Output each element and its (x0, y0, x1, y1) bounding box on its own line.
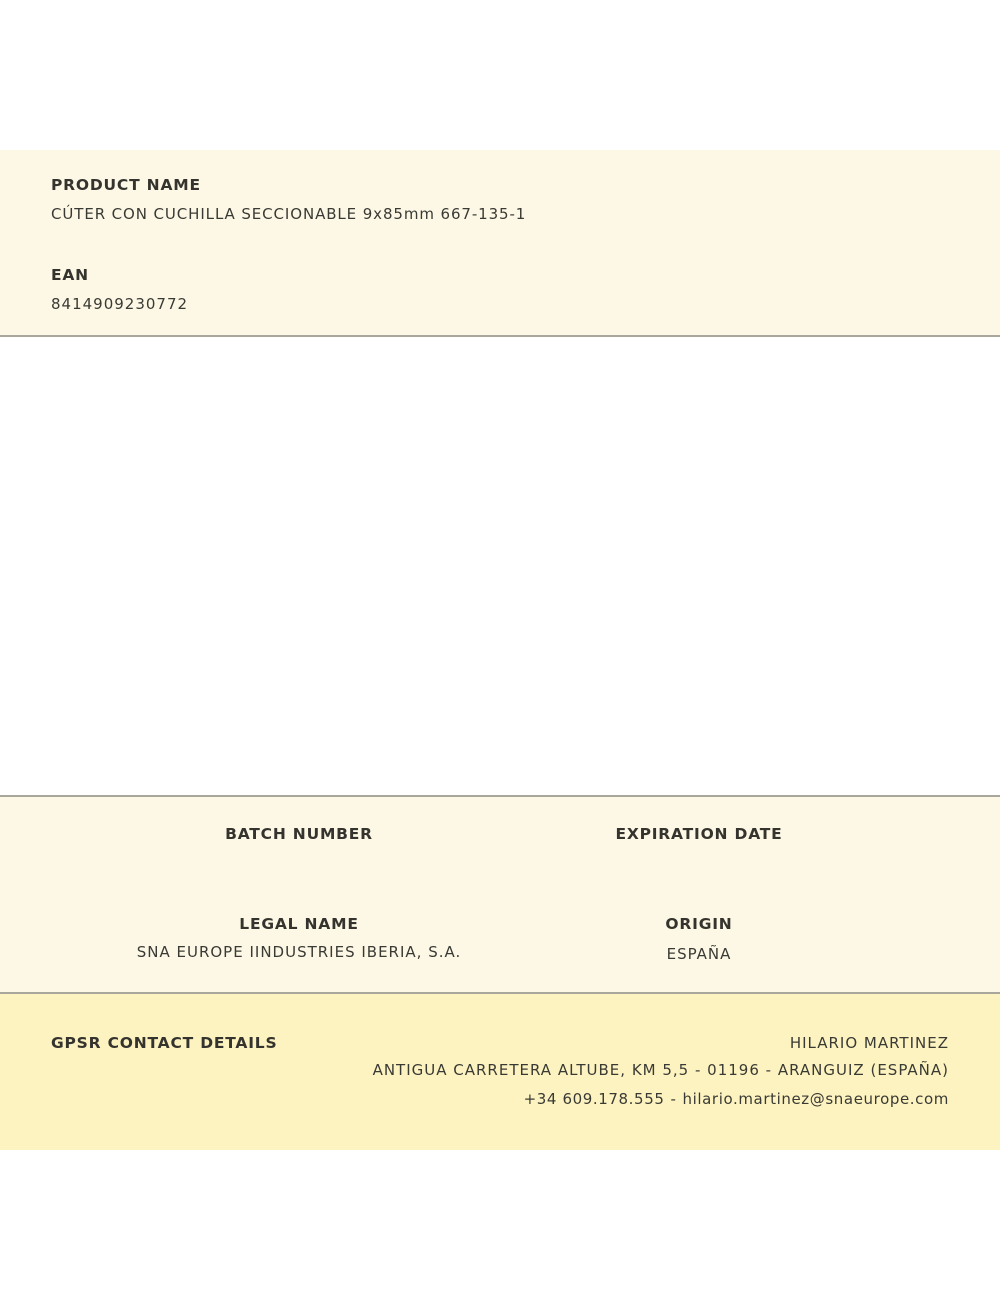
gpsr-contact-section: GPSR CONTACT DETAILS HILARIO MARTINEZ AN… (0, 994, 1000, 1150)
legal-name-label: LEGAL NAME (239, 915, 358, 933)
product-name-value: CÚTER CON CUCHILLA SECCIONABLE 9x85mm 66… (51, 205, 526, 223)
gpsr-contact-label: GPSR CONTACT DETAILS (51, 1034, 277, 1052)
batch-number-label: BATCH NUMBER (225, 825, 373, 843)
contact-email[interactable]: hilario.martinez@snaeurope.com (683, 1090, 950, 1108)
contact-address: ANTIGUA CARRETERA ALTUBE, KM 5,5 - 01196… (373, 1061, 949, 1079)
contact-phone: +34 609.178.555 (524, 1090, 665, 1108)
product-name-label: PRODUCT NAME (51, 176, 201, 194)
ean-label: EAN (51, 266, 89, 284)
origin-label: ORIGIN (665, 915, 732, 933)
contact-phone-email: +34 609.178.555-hilario.martinez@snaeuro… (524, 1090, 949, 1108)
expiration-date-label: EXPIRATION DATE (615, 825, 782, 843)
product-info-section: PRODUCT NAME CÚTER CON CUCHILLA SECCIONA… (0, 150, 1000, 337)
ean-value: 8414909230772 (51, 295, 188, 313)
contact-separator: - (670, 1090, 676, 1108)
batch-details-section: BATCH NUMBER EXPIRATION DATE LEGAL NAME … (0, 795, 1000, 994)
contact-name: HILARIO MARTINEZ (790, 1034, 949, 1052)
legal-name-value: SNA EUROPE IINDUSTRIES IBERIA, S.A. (137, 943, 462, 961)
origin-value: ESPAÑA (667, 945, 732, 963)
